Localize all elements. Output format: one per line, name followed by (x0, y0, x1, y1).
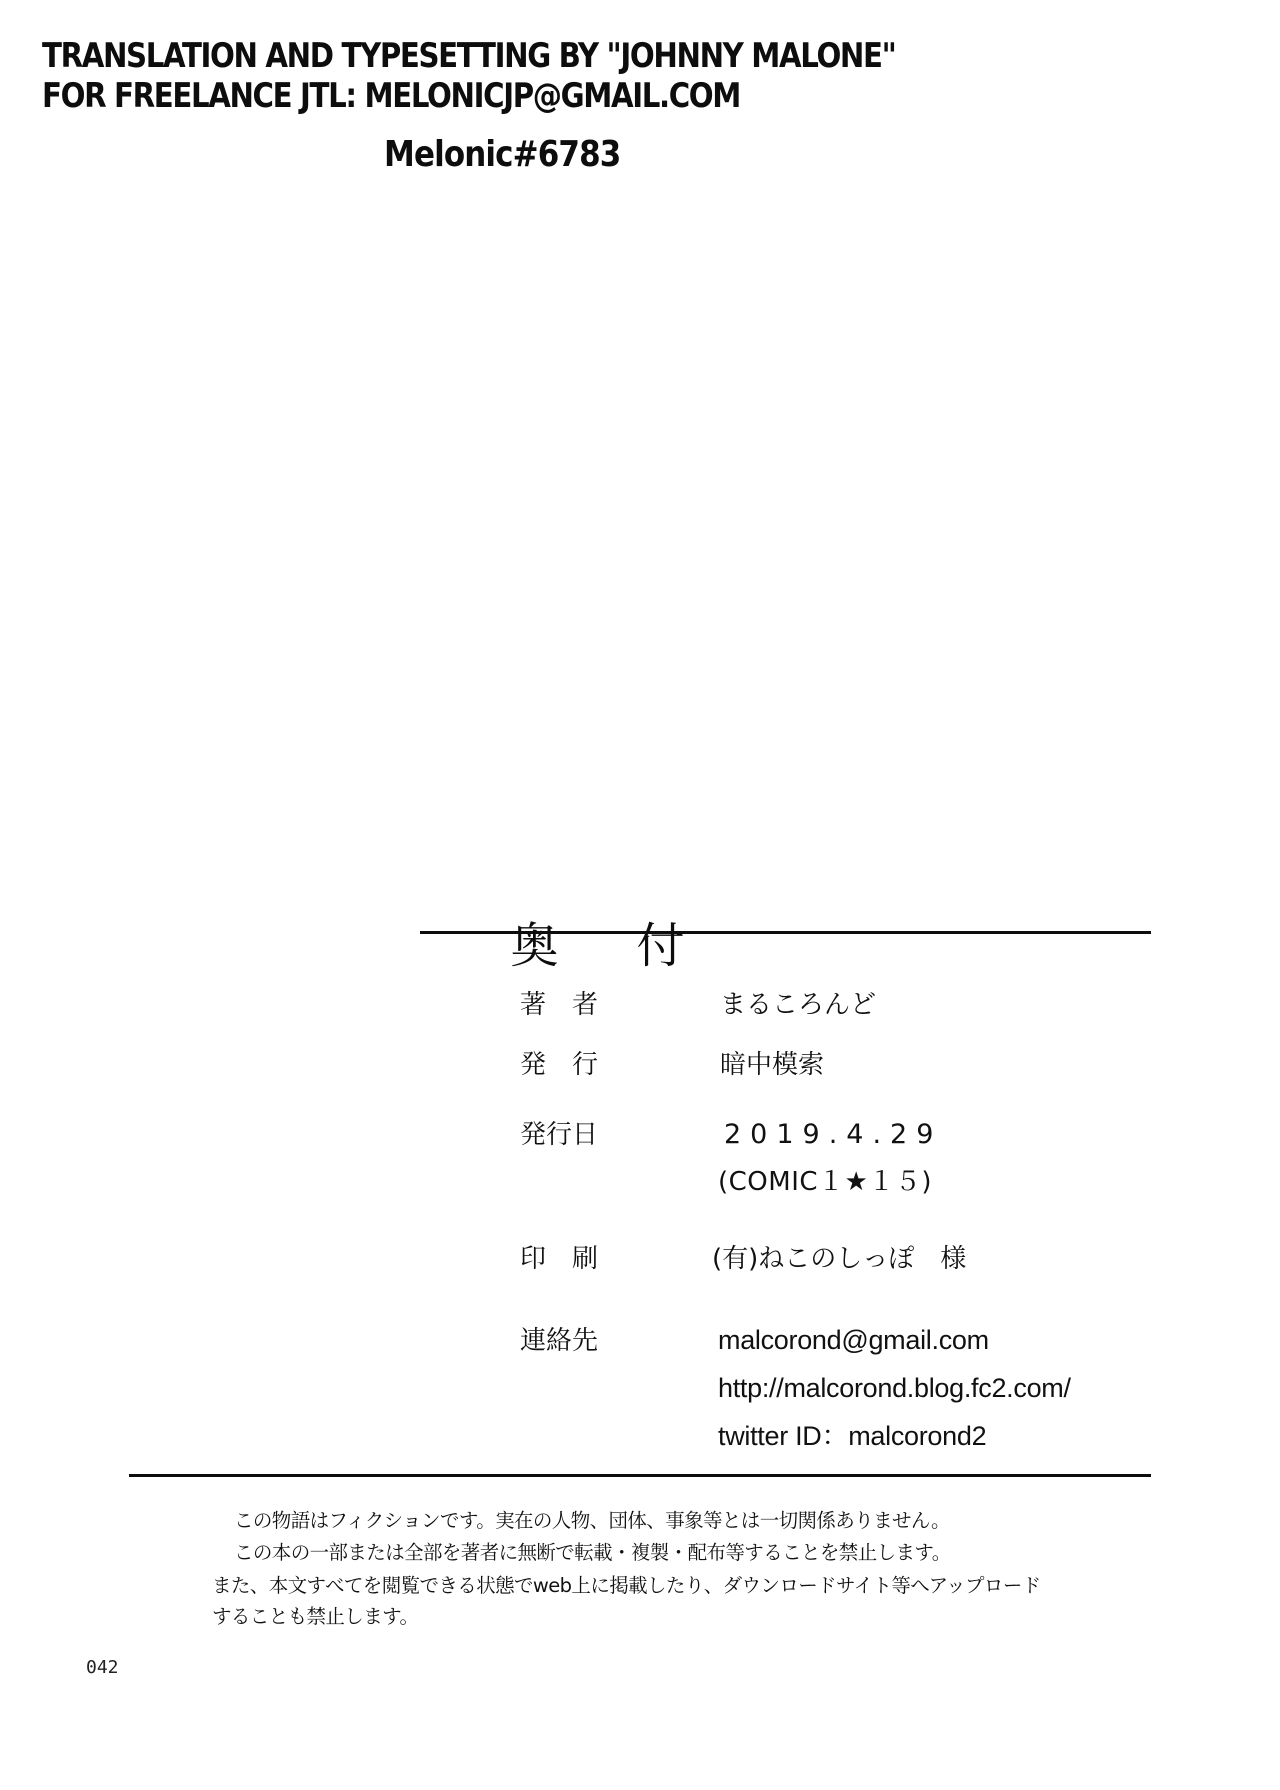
value-author: まるころんど (720, 990, 876, 1020)
contact-twitter: twitter ID：malcorond2 (718, 1421, 986, 1451)
page-number: 042 (86, 1657, 119, 1679)
contact-blog-url: http://malcorond.blog.fc2.com/ (718, 1373, 1071, 1403)
credit-translation-line: TRANSLATION AND TYPESETTING BY "JOHNNY M… (42, 38, 895, 74)
notice-reproduction: この本の一部または全部を著者に無断で転載・複製・配布等することを禁止します。 (234, 1541, 951, 1565)
value-event: (COMIC１★１５) (718, 1167, 932, 1197)
label-printer: 印 刷 (520, 1244, 598, 1274)
label-publisher: 発 行 (520, 1050, 598, 1080)
colophon-title: 奥付 (480, 862, 763, 974)
credit-contact-email: FOR FREELANCE JTL: MELONICJP@GMAIL.COM (42, 78, 740, 114)
value-printer: (有)ねこのしっぽ 様 (712, 1244, 966, 1274)
colophon-top-rule (420, 931, 1151, 934)
notice-upload-line1: また、本文すべてを閲覧できる状態でweb上に掲載したり、ダウンロードサイト等へア… (212, 1574, 1041, 1598)
value-publisher: 暗中模索 (720, 1050, 824, 1080)
colophon-title-char-1: 奥 (511, 918, 637, 974)
label-publish-date: 発行日 (520, 1120, 598, 1150)
notice-fiction: この物語はフィクションです。実在の人物、団体、事象等とは一切関係ありません。 (234, 1509, 950, 1533)
colophon-title-char-2: 付 (637, 918, 763, 974)
notice-upload-line2: することも禁止します。 (212, 1605, 418, 1629)
label-contact: 連絡先 (520, 1326, 598, 1356)
label-author: 著 者 (520, 990, 598, 1020)
value-publish-date: 2019.4.29 (724, 1120, 942, 1150)
notice-top-rule (129, 1474, 1151, 1477)
credit-discord-handle: Melonic#6783 (384, 137, 620, 173)
contact-email: malcorond@gmail.com (718, 1325, 989, 1355)
